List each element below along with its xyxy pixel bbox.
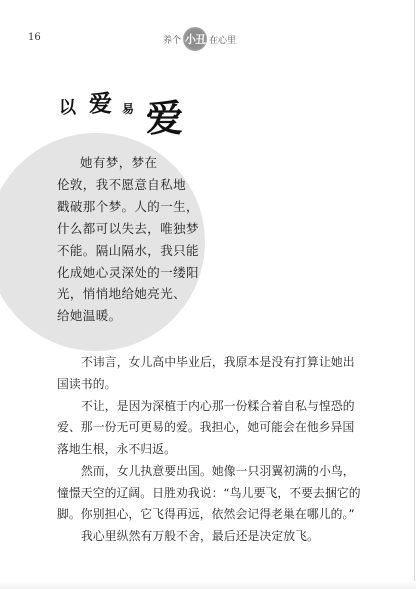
body-line: 落地生根，永不归返。 [57,439,347,461]
running-header-circle-icon: 小丑 [183,27,207,51]
body-text: 不讳言，女儿高中毕业后，我原本是没有打算让她出 国读书的。 不让，是因为深植于内… [57,352,347,548]
quote-line: 伦敦，我不愿意自私地 [57,174,193,196]
title-char-2: 爱 [89,92,112,115]
quote-line: 不能。隔山隔水，我只能 [57,240,193,262]
body-line: 爱、那一份无可更易的爱。我担心，她可能会在他乡异国 [57,417,347,439]
body-line: 国读书的。 [57,374,347,396]
quote-line: 化成她心灵深处的一缕阳 [57,262,193,284]
quote-line: 光，悄悄地给她亮光、 [57,283,193,305]
quote-line: 什么都可以失去，唯独梦 [57,218,193,240]
page-edge-divider [414,0,415,589]
quote-line: 戳破那个梦。人的一生， [57,196,193,218]
pull-quote: 她有梦，梦在 伦敦，我不愿意自私地 戳破那个梦。人的一生， 什么都可以失去，唯独… [57,152,193,327]
running-header-prefix: 养个 [163,33,181,46]
body-line: 憧憬天空的辽阔。日胜劝我说：“鸟儿要飞，不要去捆它的 [57,483,347,505]
body-line: 我心里纵然有万般不舍，最后还是决定放飞。 [57,526,347,548]
running-header-suffix: 在心里 [209,33,236,46]
body-line: 不讳言，女儿高中毕业后，我原本是没有打算让她出 [57,352,347,374]
running-header-highlight: 小丑 [185,31,205,47]
title-char-3: 易 [122,103,134,115]
title-char-1: 以 [59,100,76,117]
running-header: 养个 小丑 在心里 [163,26,236,52]
body-line: 然而，女儿执意要出国。她像一只羽翼初满的小鸟， [57,461,347,483]
book-page: 16 养个 小丑 在心里 以 爱 易 爱 她有梦，梦在 伦敦，我不愿意自私地 戳… [0,0,416,589]
body-line: 脚。你别担心，它飞得再远，依然会记得老巢在哪儿的。” [57,504,347,526]
quote-line: 给她温暖。 [57,305,193,327]
title-char-4: 爱 [146,100,183,137]
quote-line: 她有梦，梦在 [57,152,193,174]
page-number: 16 [28,32,41,43]
body-line: 不让，是因为深植于内心那一份糅合着自私与惶恐的 [57,396,347,418]
page-bottom-shade [0,581,416,589]
